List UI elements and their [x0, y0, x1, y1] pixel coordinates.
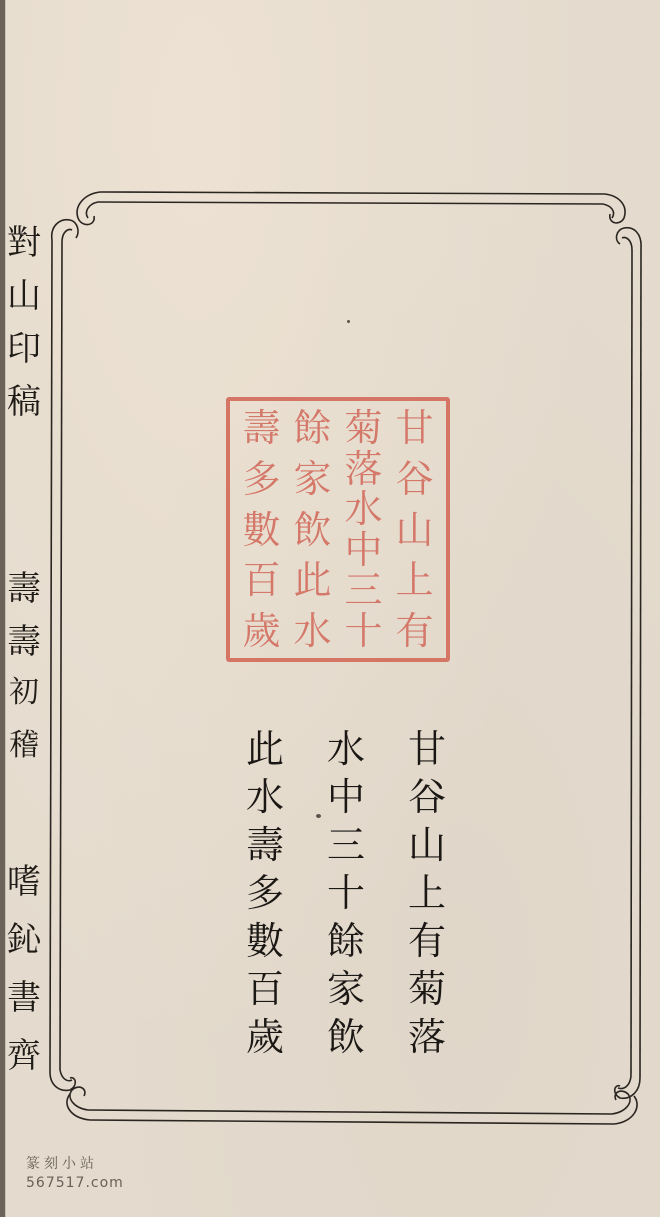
text-char: 谷	[408, 778, 446, 826]
publisher-char: 鈊	[7, 923, 41, 981]
seal-char: 壽	[242, 409, 280, 447]
text-char: 十	[327, 874, 365, 922]
seal-inscription-text: 甘 谷 山 上 有 菊 落 水 中 三 十 餘 家 飲 此 水 壽 多 數 百 …	[246, 730, 446, 1070]
text-char: 落	[408, 1018, 446, 1066]
subtitle-char: 初	[9, 678, 39, 731]
text-char: 甘	[408, 730, 446, 778]
text-column: 此 水 壽 多 數 百 歲	[246, 730, 284, 1070]
seal-char: 百	[242, 561, 280, 599]
text-char: 家	[327, 970, 365, 1018]
watermark-url: 567517.com	[26, 1175, 124, 1191]
text-char: 水	[327, 730, 365, 778]
seal-char: 谷	[395, 460, 433, 498]
watermark-site-name: 篆刻小站	[26, 1153, 124, 1173]
seal-char: 甘	[395, 409, 433, 447]
seal-char: 水	[293, 612, 331, 650]
text-char: 餘	[327, 922, 365, 970]
text-char: 多	[246, 874, 284, 922]
seal-char: 此	[293, 561, 331, 599]
text-char: 百	[246, 970, 284, 1018]
publisher-vertical: 嗜 鈊 書 齊	[4, 865, 44, 1097]
seal-column: 菊 落 水 中 三 十	[344, 409, 382, 650]
seal-impression: 甘 谷 山 上 有 菊 落 水 中 三 十 餘 家 飲 此 水 壽 多 數 百 …	[226, 397, 450, 662]
seal-char: 餘	[293, 409, 331, 447]
text-char: 此	[246, 730, 284, 778]
text-column: 水 中 三 十 餘 家 飲	[327, 730, 365, 1070]
text-char: 中	[327, 778, 365, 826]
text-char: 水	[246, 778, 284, 826]
watermark: 篆刻小站 567517.com	[26, 1153, 124, 1191]
ink-speck	[347, 320, 350, 323]
title-char: 山	[7, 279, 41, 332]
text-char: 歲	[246, 1018, 284, 1066]
publisher-char: 書	[7, 981, 41, 1039]
seal-column: 甘 谷 山 上 有	[395, 409, 433, 650]
book-title-vertical: 對 山 印 稿	[4, 226, 44, 438]
text-char: 有	[408, 922, 446, 970]
subtitle-char: 稽	[9, 731, 39, 784]
text-char: 壽	[246, 826, 284, 874]
seal-char: 落	[344, 450, 382, 488]
text-char: 山	[408, 826, 446, 874]
seal-char: 三	[344, 571, 382, 609]
seal-char: 中	[344, 531, 382, 569]
ink-speck	[316, 814, 321, 818]
publisher-char: 齊	[7, 1039, 41, 1097]
subtitle-char: 壽	[7, 572, 41, 625]
title-char: 稿	[7, 385, 41, 438]
seal-char: 十	[344, 612, 382, 650]
text-char: 菊	[408, 970, 446, 1018]
seal-char: 有	[395, 612, 433, 650]
text-char: 三	[327, 826, 365, 874]
seal-char: 數	[242, 511, 280, 549]
seal-char: 菊	[344, 409, 382, 447]
title-char: 印	[7, 332, 41, 385]
seal-char: 水	[344, 490, 382, 528]
subtitle-char: 壽	[7, 625, 41, 678]
seal-column: 壽 多 數 百 歲	[242, 409, 280, 650]
text-char: 飲	[327, 1018, 365, 1066]
seal-char: 山	[395, 511, 433, 549]
text-char: 數	[246, 922, 284, 970]
text-column: 甘 谷 山 上 有 菊 落	[408, 730, 446, 1070]
seal-char: 飲	[293, 511, 331, 549]
seal-char: 家	[293, 460, 331, 498]
seal-column: 餘 家 飲 此 水	[293, 409, 331, 650]
text-char: 上	[408, 874, 446, 922]
seal-char: 上	[395, 561, 433, 599]
seal-char: 歲	[242, 612, 280, 650]
title-char: 對	[7, 226, 41, 279]
volume-title-vertical: 壽 壽 初 稽	[4, 572, 44, 784]
publisher-char: 嗜	[7, 865, 41, 923]
seal-char: 多	[242, 460, 280, 498]
